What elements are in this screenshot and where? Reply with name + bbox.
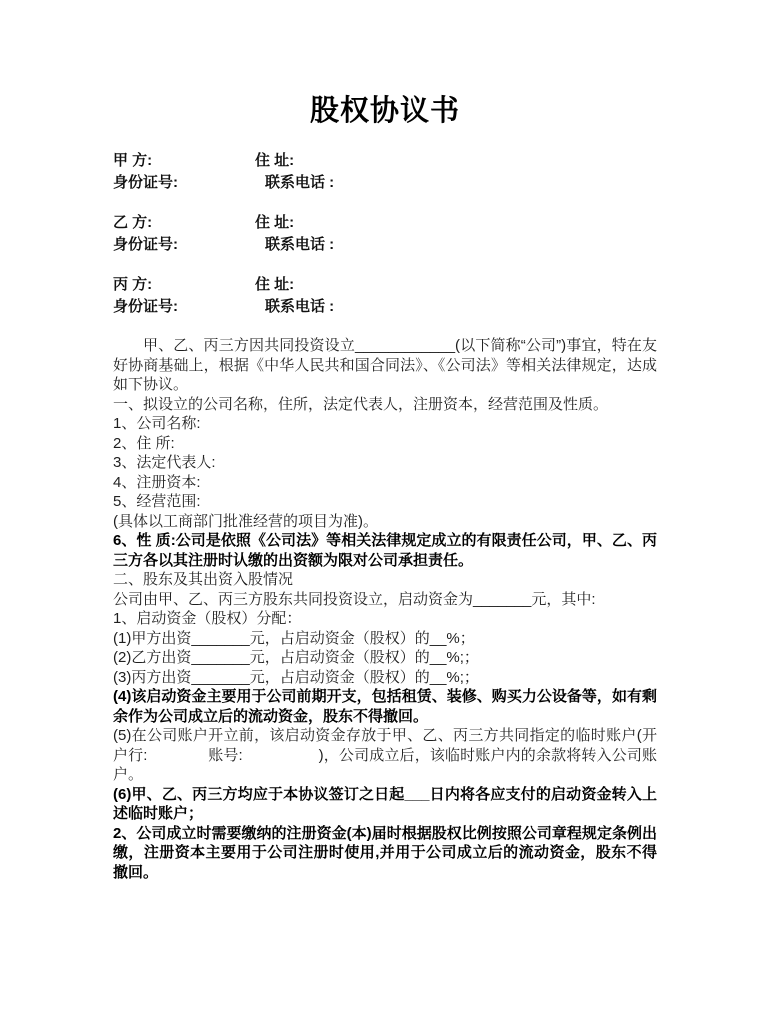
note-business-scope: (具体以工商部门批准经营的项目为准)。 [113,512,657,532]
section1-heading: 一、拟设立的公司名称，住所，法定代表人，注册资本，经营范围及性质。 [113,395,657,415]
party-row: 身份证号: 联系电话 : [113,296,657,318]
party-block-c: 丙 方: 住 址: 身份证号: 联系电话 : [113,274,657,318]
party-phone-label: 联系电话 : [265,172,334,194]
document-body: 甲、乙、丙三方因共同投资设立____________(以下简称“公司”)事宜，特… [113,336,657,882]
page-title: 股权协议书 [113,95,657,127]
item-business-scope: 5、经营范围: [113,492,657,512]
party-name-label: 甲 方: [113,150,255,172]
party-phone-label: 联系电话 : [265,234,334,256]
party-row: 乙 方: 住 址: [113,212,657,234]
party-row: 身份证号: 联系电话 : [113,172,657,194]
para-payment-deadline: (6)甲、乙、丙三方均应于本协议签订之日起___日内将各应支付的启动资金转入上述… [113,785,657,824]
party-block-b: 乙 方: 住 址: 身份证号: 联系电话 : [113,212,657,256]
party-block-a: 甲 方: 住 址: 身份证号: 联系电话 : [113,150,657,194]
party-name-label: 丙 方: [113,274,255,296]
party-address-label: 住 址: [255,274,294,296]
para-party-a-contribution: (1)甲方出资_______元，占启动资金（股权）的__%； [113,629,657,649]
intro-paragraph: 甲、乙、丙三方因共同投资设立____________(以下简称“公司”)事宜，特… [113,336,657,395]
party-address-label: 住 址: [255,212,294,234]
party-id-label: 身份证号: [113,296,265,318]
item-legal-representative: 3、法定代表人: [113,453,657,473]
party-row: 丙 方: 住 址: [113,274,657,296]
party-row: 甲 方: 住 址: [113,150,657,172]
document-page: 股权协议书 甲 方: 住 址: 身份证号: 联系电话 : 乙 方: 住 址: 身… [0,0,768,1024]
party-name-label: 乙 方: [113,212,255,234]
item-registered-capital: 4、注册资本: [113,473,657,493]
para-startup-capital: 公司由甲、乙、丙三方股东共同投资设立，启动资金为_______元，其中: [113,590,657,610]
party-row: 身份证号: 联系电话 : [113,234,657,256]
para-temporary-account: (5)在公司账户开立前，该启动资金存放于甲、乙、丙三方共同指定的临时账户(开户行… [113,726,657,785]
party-id-label: 身份证号: [113,172,265,194]
para-capital-usage: (4)该启动资金主要用于公司前期开支，包括租赁、装修、购买力公设备等，如有剩余作… [113,687,657,726]
party-phone-label: 联系电话 : [265,296,334,318]
para-party-c-contribution: (3)丙方出资_______元，占启动资金（股权）的__%;； [113,668,657,688]
item-capital-allocation: 1、启动资金（股权）分配： [113,609,657,629]
para-registered-capital-payment: 2、公司成立时需要缴纳的注册资金(本)届时根据股权比例按照公司章程规定条例出缴，… [113,824,657,883]
para-party-b-contribution: (2)乙方出资_______元，占启动资金（股权）的__%;； [113,648,657,668]
party-id-label: 身份证号: [113,234,265,256]
item-company-nature: 6、性 质:公司是依照《公司法》等相关法律规定成立的有限责任公司，甲、乙、丙三方… [113,531,657,570]
item-company-address: 2、住 所: [113,434,657,454]
item-company-name: 1、公司名称: [113,414,657,434]
section2-heading: 二、股东及其出资入股情况 [113,570,657,590]
party-address-label: 住 址: [255,150,294,172]
